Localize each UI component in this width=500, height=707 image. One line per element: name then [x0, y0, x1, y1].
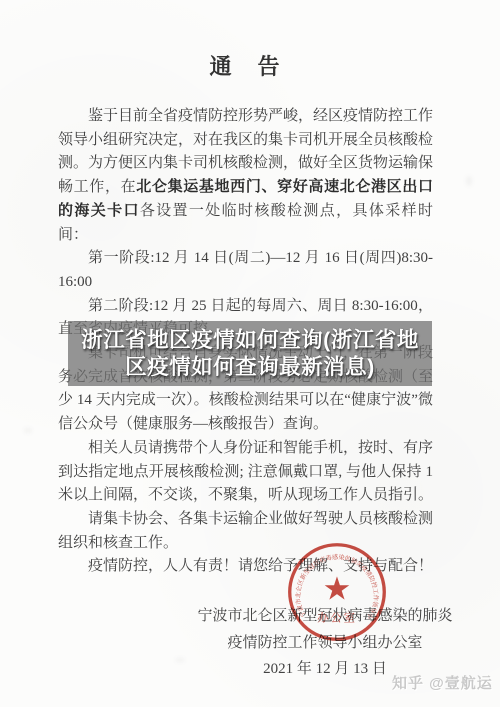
seal-center-text: 办公室	[317, 610, 357, 624]
paragraph-personal-requirements: 相关人员请携带个人身份证和智能手机，按时、有序到达指定地点开展核酸检测; 注意佩…	[58, 437, 433, 508]
scanned-notice-page: 通 告 鉴于目前全省疫情防控形势严峻，经区疫情防控工作领导小组研究决定，对在我区…	[0, 0, 500, 707]
official-red-seal: 宁波市北仑区新型冠状病毒感染的肺炎疫情防控工作领导小组 ★ 办公室	[285, 540, 389, 644]
paragraph-phase1: 第一阶段:12 月 14 日(周二)—12 月 16 日(周四)8:30-16:…	[58, 247, 433, 294]
notice-title: 通 告	[58, 50, 433, 81]
caption-overlay-band: 浙江省地区疫情如何查询(浙江省地 区疫情如何查询最新消息)	[68, 321, 432, 386]
paper-smudge	[466, 176, 472, 186]
caption-line-1: 浙江省地区疫情如何查询(浙江省地	[81, 327, 419, 354]
seal-star-icon: ★	[323, 571, 352, 607]
paper-smudge	[24, 428, 32, 433]
zhihu-watermark: 知乎 @壹航运	[392, 672, 493, 693]
paragraph-intro: 鉴于目前全省疫情防控形势严峻，经区疫情防控工作领导小组研究决定，对在我区的集卡司…	[58, 105, 433, 247]
caption-line-2: 区疫情如何查询最新消息)	[125, 354, 375, 381]
paper-smudge	[175, 658, 185, 662]
